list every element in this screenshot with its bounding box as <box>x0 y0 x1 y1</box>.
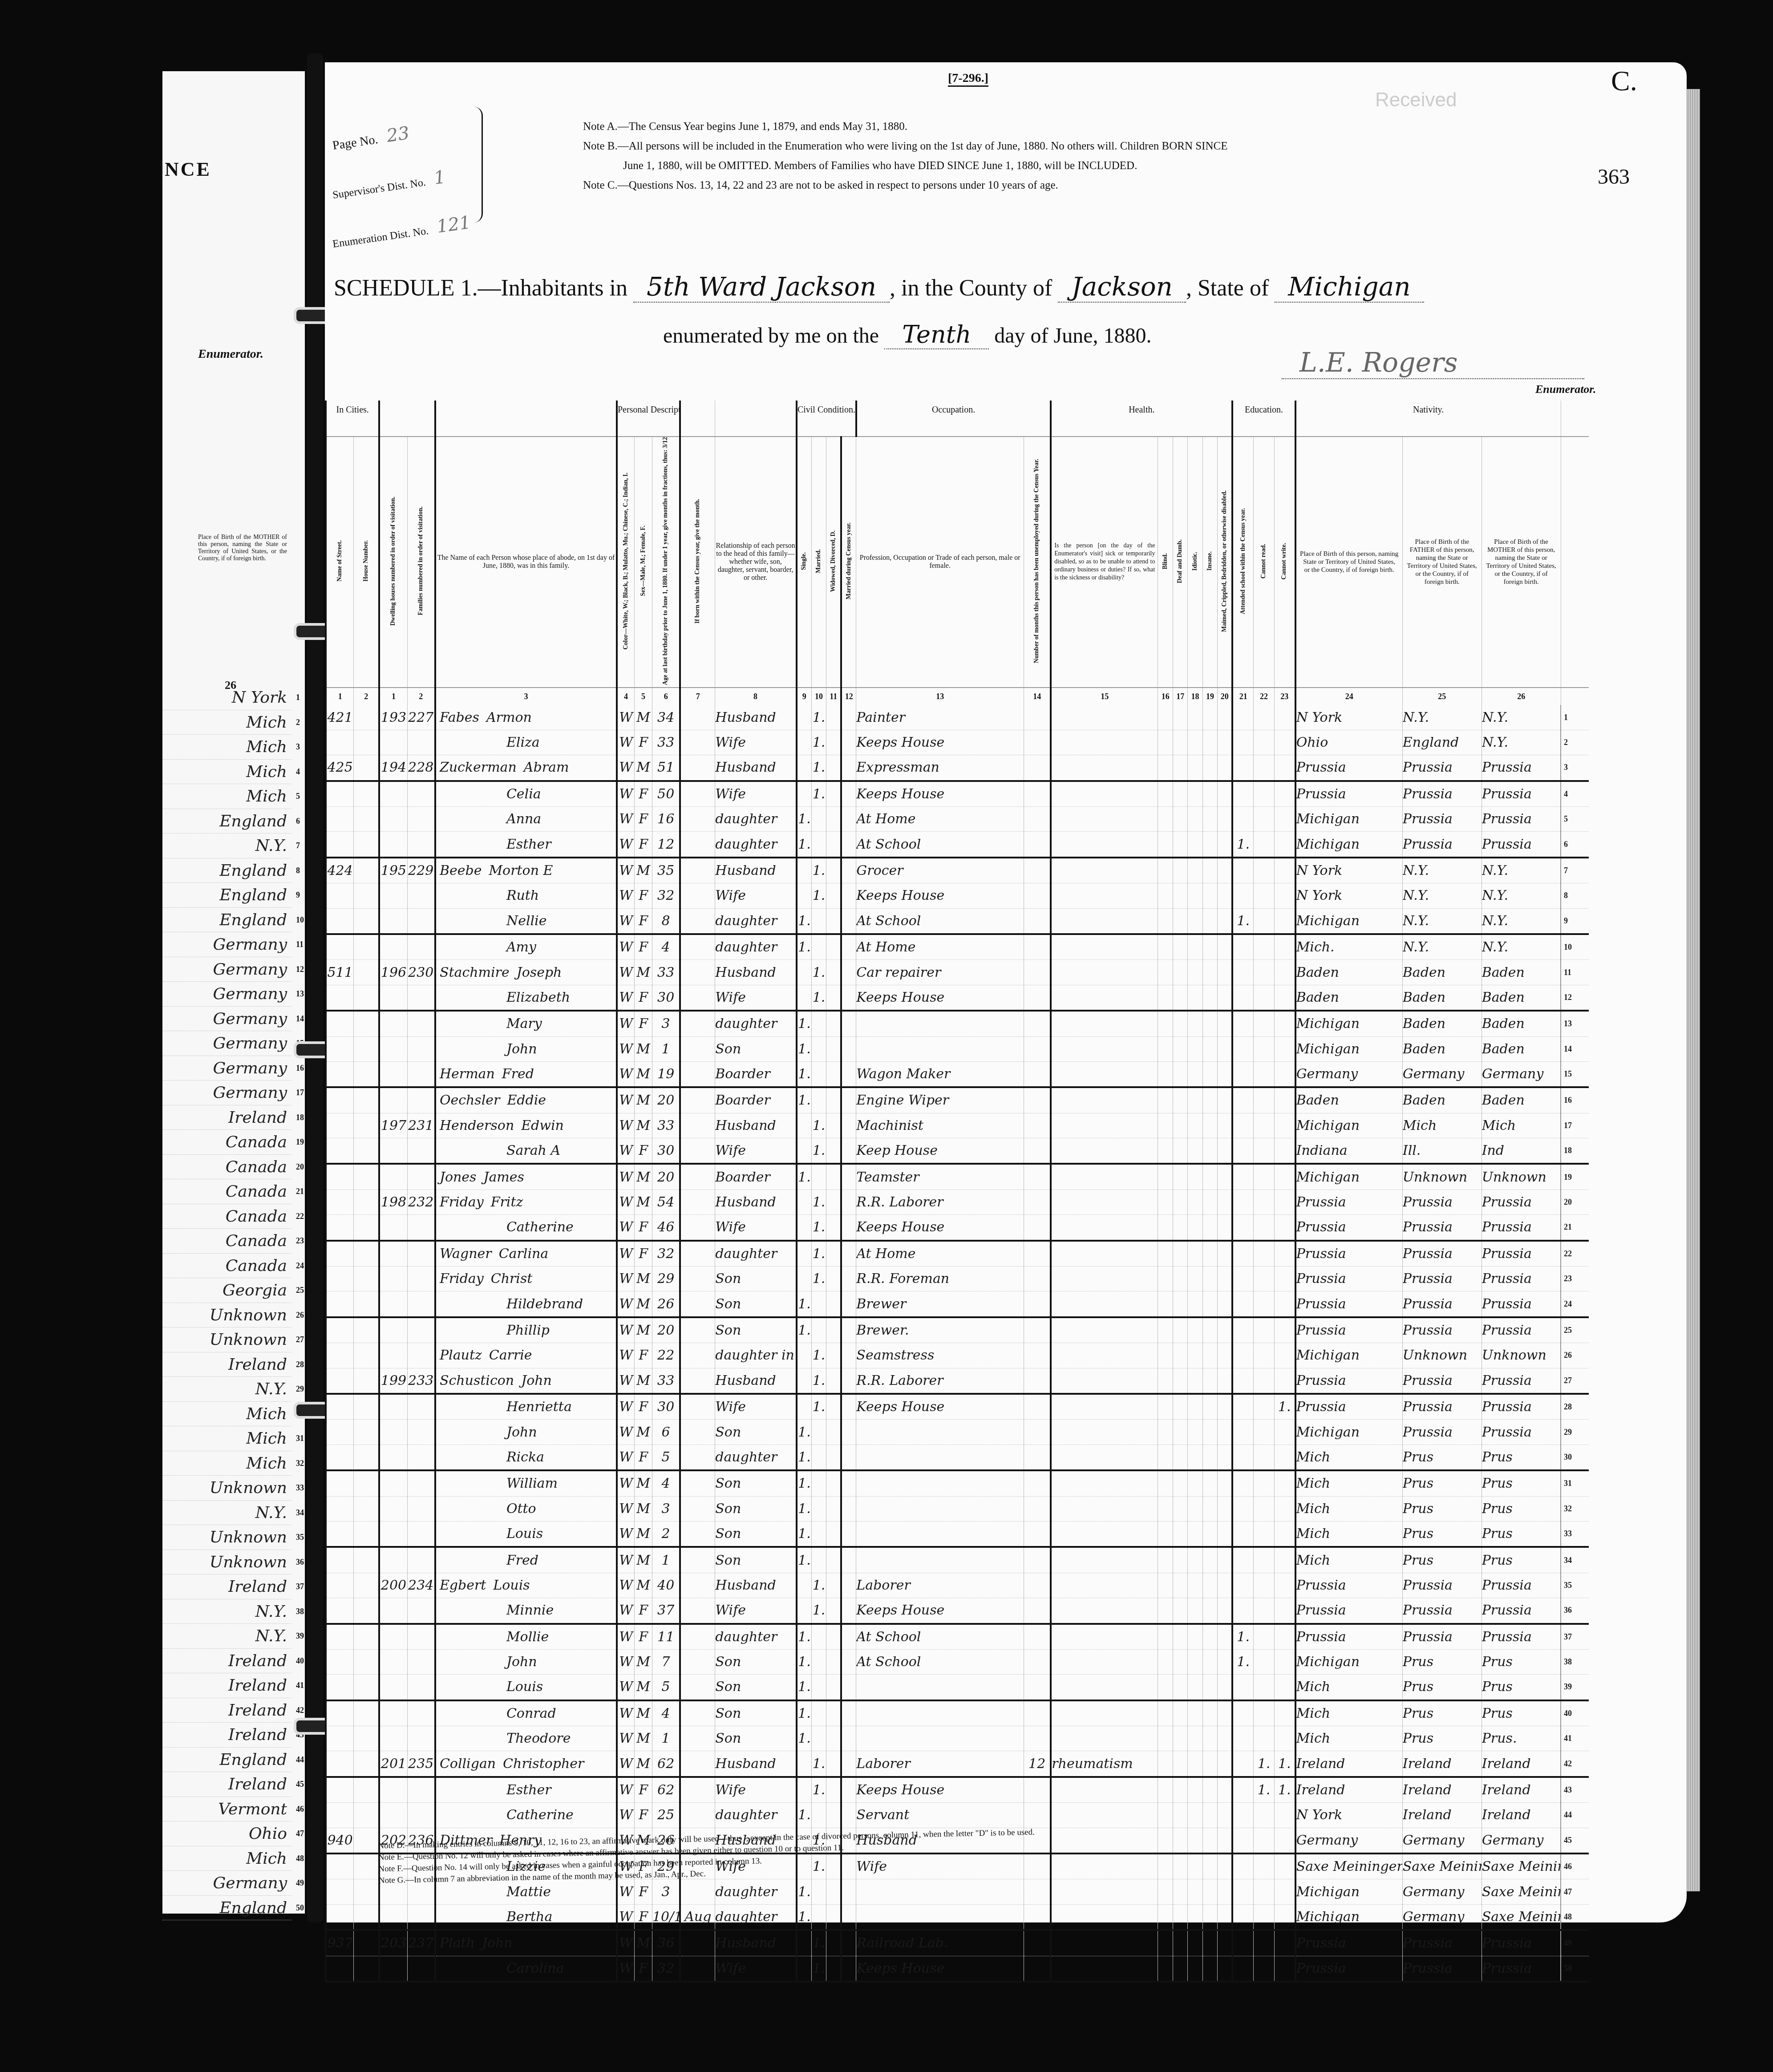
column-number-row: 1212345678910111213141516171819202122232… <box>326 688 1589 705</box>
blind-cell <box>1158 1241 1173 1267</box>
name-cell: Theodore <box>435 1726 617 1751</box>
idiotic-cell <box>1188 1190 1202 1214</box>
relationship-cell: Husband <box>715 960 797 985</box>
street-number-cell <box>354 1598 380 1624</box>
street-number-cell <box>354 858 380 883</box>
married-cell: 1. <box>811 1394 826 1420</box>
occupation-cell: At Home <box>856 934 1024 960</box>
cannot-write-cell <box>1275 1267 1295 1291</box>
maimed-cell <box>1218 1751 1233 1777</box>
header-idiotic: Idiotic. <box>1188 437 1202 688</box>
enum-prefix: enumerated by me on the <box>663 324 879 348</box>
single-cell <box>797 985 811 1011</box>
married-year-cell <box>841 1113 856 1138</box>
relationship-cell: Husband <box>715 1751 797 1777</box>
facing-page-col26-cell: Georgia <box>162 1278 291 1303</box>
sex-cell: M <box>635 1420 652 1445</box>
house-number-cell <box>326 1853 354 1879</box>
family-number-cell <box>407 1675 435 1700</box>
married-year-cell <box>841 1879 856 1904</box>
cannot-write-cell <box>1275 1291 1295 1317</box>
attended-school-cell <box>1232 1215 1253 1241</box>
facing-page-col26-cell: Ireland <box>162 1723 291 1748</box>
facing-page-col26-cell: Germany <box>162 932 291 957</box>
facing-page-line-number: 25 <box>296 1278 304 1303</box>
birthplace-person-cell: Mich <box>1295 1675 1403 1700</box>
relationship-cell: Son <box>715 1291 797 1317</box>
single-cell <box>797 1343 811 1368</box>
insane-cell <box>1202 1011 1217 1036</box>
sex-cell: F <box>635 1956 652 1982</box>
occupation-cell: Laborer <box>856 1573 1024 1598</box>
header-birth-person: Place of Birth of this person, naming St… <box>1295 437 1403 688</box>
birthplace-father-cell: Prussia <box>1402 1420 1482 1445</box>
birthplace-mother-cell: N.Y. <box>1482 705 1561 730</box>
facing-page-line-number: 26 <box>296 1303 304 1328</box>
blind-cell <box>1158 1343 1173 1368</box>
sickness-cell <box>1051 1853 1158 1879</box>
given-name: John <box>482 1931 513 1955</box>
facing-page-line-number: 38 <box>296 1599 304 1624</box>
facing-page-line-number: 1 <box>296 685 304 710</box>
sickness-cell <box>1051 1649 1158 1674</box>
relationship-cell: Husband <box>715 1368 797 1394</box>
facing-page-line-number: 3 <box>296 735 304 760</box>
note-b-continued: June 1, 1880, will be OMITTED. Members o… <box>583 159 1227 173</box>
single-cell <box>797 883 811 908</box>
attended-school-cell <box>1232 1496 1253 1521</box>
cannot-write-cell: 1. <box>1275 1751 1295 1777</box>
birthplace-person-cell: Mich <box>1295 1445 1403 1470</box>
name-cell: ColliganChristopher <box>435 1751 617 1777</box>
name-cell: Eliza <box>435 730 617 755</box>
married-cell <box>811 1649 826 1674</box>
sickness-cell <box>1051 730 1158 755</box>
deaf-cell <box>1173 1828 1187 1853</box>
table-row: RuthWF32Wife1.Keeps HouseN YorkN.Y.N.Y.8 <box>326 883 1589 908</box>
relationship-cell: Husband <box>715 858 797 883</box>
given-name: Christopher <box>503 1752 584 1776</box>
idiotic-cell <box>1188 1470 1202 1496</box>
facing-page-enumerator-label: Enumerator. <box>198 347 263 361</box>
unemployed-months-cell <box>1024 908 1051 934</box>
sickness-cell <box>1051 832 1158 858</box>
facing-page-col26-cell: Canada <box>162 1155 291 1180</box>
family-number-cell <box>407 1215 435 1241</box>
table-row: OechslerEddieWM20Boarder1.Engine WiperBa… <box>326 1087 1589 1113</box>
header-sex: Sex—Male, M.; Female, F. <box>635 437 652 688</box>
sex-cell: M <box>635 1726 652 1751</box>
line-number-cell: 24 <box>1561 1291 1589 1317</box>
cannot-write-cell <box>1275 1573 1295 1598</box>
deaf-cell <box>1173 1700 1187 1726</box>
house-number-cell: 940 <box>326 1828 354 1853</box>
name-cell: Catherine <box>435 1803 617 1828</box>
relationship-cell: daughter <box>715 807 797 832</box>
relationship-cell: Son <box>715 1420 797 1445</box>
street-number-cell <box>354 1930 380 1956</box>
header-family: Families numbered in order of visitation… <box>407 437 435 688</box>
deaf-cell <box>1173 1649 1187 1674</box>
maimed-cell <box>1218 1624 1233 1650</box>
family-number-cell <box>407 807 435 832</box>
given-name: Carrie <box>489 1343 532 1368</box>
married-year-cell <box>841 1547 856 1573</box>
table-row: 425194228ZuckermanAbramWM51Husband1.Expr… <box>326 755 1589 781</box>
cannot-read-cell <box>1253 1138 1274 1164</box>
deaf-cell <box>1173 1061 1187 1087</box>
header-street: Name of Street. <box>326 437 354 688</box>
attended-school-cell <box>1232 1700 1253 1726</box>
single-cell: 1. <box>797 807 811 832</box>
occupation-cell: Brewer <box>856 1291 1024 1317</box>
house-number-cell <box>326 1904 354 1930</box>
birthplace-father-cell: Prussia <box>1402 1241 1482 1267</box>
sex-cell: M <box>635 1087 652 1113</box>
line-number-cell: 32 <box>1561 1496 1589 1521</box>
married-cell: 1. <box>811 730 826 755</box>
color-cell: W <box>617 1420 635 1445</box>
deaf-cell <box>1173 1726 1187 1751</box>
dwelling-number-cell <box>379 1445 407 1470</box>
married-cell <box>811 1803 826 1828</box>
table-row: JohnWM7Son1.At School1.MichiganPrusPrus3… <box>326 1649 1589 1674</box>
house-number-cell <box>326 1317 354 1343</box>
family-number-cell <box>407 1547 435 1573</box>
house-number-cell <box>326 781 354 807</box>
name-cell: ZuckermanAbram <box>435 755 617 781</box>
facing-page-line-number: 29 <box>296 1377 304 1402</box>
color-cell: W <box>617 1573 635 1598</box>
sickness-cell <box>1051 1420 1158 1445</box>
maimed-cell <box>1218 1267 1233 1291</box>
single-cell: 1. <box>797 1087 811 1113</box>
married-cell: 1. <box>811 755 826 781</box>
unemployed-months-cell <box>1024 1445 1051 1470</box>
married-year-cell <box>841 1930 856 1956</box>
sex-cell: F <box>635 1904 652 1930</box>
married-cell <box>811 1291 826 1317</box>
born-month-cell <box>680 1138 715 1164</box>
line-number-cell: 27 <box>1561 1368 1589 1394</box>
widowed-cell <box>826 1624 841 1650</box>
blind-cell <box>1158 1317 1173 1343</box>
facing-page-line-number: 39 <box>296 1624 304 1649</box>
sickness-cell <box>1051 934 1158 960</box>
family-number-cell <box>407 1726 435 1751</box>
birthplace-mother-cell: N.Y. <box>1482 908 1561 934</box>
facing-page-col26-cell: Germany <box>162 1007 291 1032</box>
birthplace-father-cell: England <box>1402 730 1482 755</box>
line-number-cell: 1 <box>1561 705 1589 730</box>
cannot-write-cell <box>1275 858 1295 883</box>
insane-cell <box>1202 1291 1217 1317</box>
maimed-cell <box>1218 1904 1233 1930</box>
given-name: Anna <box>506 807 541 831</box>
age-cell: 33 <box>652 730 680 755</box>
birthplace-father-cell: Prussia <box>1402 1930 1482 1956</box>
line-number-cell: 49 <box>1561 1930 1589 1956</box>
header-insane: Insane. <box>1202 437 1217 688</box>
married-year-cell <box>841 1521 856 1547</box>
maimed-cell <box>1218 1879 1233 1904</box>
sickness-cell <box>1051 1521 1158 1547</box>
insane-cell <box>1202 908 1217 934</box>
birthplace-person-cell: Michigan <box>1295 908 1403 934</box>
house-number-cell <box>326 1164 354 1190</box>
house-number-cell <box>326 1470 354 1496</box>
column-number: 21 <box>1232 688 1253 705</box>
age-cell: 50 <box>652 781 680 807</box>
facing-page-line-number: 7 <box>296 834 304 858</box>
line-number-cell: 28 <box>1561 1394 1589 1420</box>
born-month-cell <box>680 908 715 934</box>
blind-cell <box>1158 1547 1173 1573</box>
married-cell <box>811 934 826 960</box>
married-year-cell <box>841 1675 856 1700</box>
sex-cell: F <box>635 1777 652 1803</box>
birthplace-person-cell: Prussia <box>1295 1291 1403 1317</box>
sex-cell: F <box>635 934 652 960</box>
married-year-cell <box>841 1241 856 1267</box>
maimed-cell <box>1218 1828 1233 1853</box>
idiotic-cell <box>1188 730 1202 755</box>
surname: Friday <box>440 1271 484 1287</box>
cannot-write-cell <box>1275 1164 1295 1190</box>
sex-cell: F <box>635 781 652 807</box>
age-cell: 22 <box>652 1343 680 1368</box>
single-cell <box>797 1394 811 1420</box>
widowed-cell <box>826 1164 841 1190</box>
facing-page-line-number: 4 <box>296 760 304 785</box>
deaf-cell <box>1173 985 1187 1011</box>
color-cell: W <box>617 985 635 1011</box>
color-cell: W <box>617 1317 635 1343</box>
married-cell: 1. <box>811 1777 826 1803</box>
deaf-cell <box>1173 1036 1187 1061</box>
house-number-cell <box>326 1420 354 1445</box>
family-number-cell <box>407 1061 435 1087</box>
given-name: Elizabeth <box>506 985 570 1010</box>
street-number-cell <box>354 1087 380 1113</box>
single-cell <box>797 1113 811 1138</box>
maimed-cell <box>1218 1343 1233 1368</box>
surname: Zuckerman <box>440 760 517 775</box>
table-row: JohnWM1Son1.MichiganBadenBaden14 <box>326 1036 1589 1061</box>
age-cell: 62 <box>652 1777 680 1803</box>
married-cell <box>811 832 826 858</box>
born-month-cell <box>680 832 715 858</box>
relationship-cell: Husband <box>715 1113 797 1138</box>
relationship-cell: Wife <box>715 730 797 755</box>
maimed-cell <box>1218 1700 1233 1726</box>
dwelling-number-cell <box>379 908 407 934</box>
cannot-write-cell: 1. <box>1275 1394 1295 1420</box>
married-year-cell <box>841 1317 856 1343</box>
dwelling-number-cell <box>379 1803 407 1828</box>
header-notes: Note A.—The Census Year begins June 1, 1… <box>583 120 1227 198</box>
dwelling-number-cell <box>379 1291 407 1317</box>
birthplace-person-cell: Ireland <box>1295 1777 1403 1803</box>
cannot-write-cell <box>1275 755 1295 781</box>
occupation-cell: Machinist <box>856 1113 1024 1138</box>
widowed-cell <box>826 1573 841 1598</box>
name-cell: Louis <box>435 1675 617 1700</box>
table-row: TheodoreWM1Son1.MichPrusPrus.41 <box>326 1726 1589 1751</box>
street-number-cell <box>354 1291 380 1317</box>
table-row: 197231HendersonEdwinWM33Husband1.Machini… <box>326 1113 1589 1138</box>
dwelling-number-cell <box>379 1547 407 1573</box>
widowed-cell <box>826 1420 841 1445</box>
birthplace-father-cell: Ireland <box>1402 1777 1482 1803</box>
idiotic-cell <box>1188 832 1202 858</box>
married-cell: 1. <box>811 705 826 730</box>
facing-page-line-number: 12 <box>296 957 304 982</box>
single-cell: 1. <box>797 1496 811 1521</box>
age-cell: 4 <box>652 934 680 960</box>
blind-cell <box>1158 1267 1173 1291</box>
surname: Schusticon <box>440 1373 514 1388</box>
widowed-cell <box>826 1317 841 1343</box>
table-column-header-row: Name of Street. House Number. Dwelling h… <box>326 437 1589 688</box>
sickness-cell <box>1051 1164 1158 1190</box>
column-number: 2 <box>407 688 435 705</box>
widowed-cell <box>826 858 841 883</box>
deaf-cell <box>1173 934 1187 960</box>
house-number-cell: 511 <box>326 960 354 985</box>
cannot-write-cell <box>1275 705 1295 730</box>
married-year-cell <box>841 1777 856 1803</box>
schedule-title: SCHEDULE 1.—Inhabitants in 5th Ward Jack… <box>334 271 1424 302</box>
birthplace-father-cell: Prus <box>1402 1496 1482 1521</box>
given-name: Christ <box>491 1267 533 1291</box>
cannot-write-cell <box>1275 807 1295 832</box>
attended-school-cell <box>1232 1291 1253 1317</box>
cannot-write-cell <box>1275 1853 1295 1879</box>
relationship-cell: daughter <box>715 1879 797 1904</box>
table-row: JohnWM6Son1.MichiganPrussiaPrussia29 <box>326 1420 1589 1445</box>
married-year-cell <box>841 1420 856 1445</box>
maimed-cell <box>1218 1215 1233 1241</box>
born-month-cell <box>680 1394 715 1420</box>
line-number-cell: 26 <box>1561 1343 1589 1368</box>
family-number-cell <box>407 1036 435 1061</box>
maimed-cell <box>1218 934 1233 960</box>
unemployed-months-cell <box>1024 1624 1051 1650</box>
birthplace-person-cell: Baden <box>1295 960 1403 985</box>
married-cell <box>811 1036 826 1061</box>
blind-cell <box>1158 908 1173 934</box>
born-month-cell <box>680 1496 715 1521</box>
unemployed-months-cell <box>1024 858 1051 883</box>
occupation-cell: Brewer. <box>856 1317 1024 1343</box>
widowed-cell <box>826 883 841 908</box>
unemployed-months-cell <box>1024 1291 1051 1317</box>
occupation-cell <box>856 1904 1024 1930</box>
enumerator-label: Enumerator. <box>1535 383 1596 396</box>
maimed-cell <box>1218 1573 1233 1598</box>
cannot-write-cell <box>1275 1036 1295 1061</box>
sickness-cell <box>1051 1445 1158 1470</box>
header-relationship: Relationship of each person to the head … <box>715 437 797 688</box>
married-cell: 1. <box>811 1215 826 1241</box>
birthplace-person-cell: Mich <box>1295 1470 1403 1496</box>
unemployed-months-cell <box>1024 1777 1051 1803</box>
birthplace-mother-cell: Ireland <box>1482 1803 1561 1828</box>
facing-page-line-number: 41 <box>296 1673 304 1698</box>
occupation-cell: Keeps House <box>856 1777 1024 1803</box>
facing-page-col26-cell: Mich <box>162 760 291 785</box>
age-cell: 1 <box>652 1036 680 1061</box>
name-cell: HermanFred <box>435 1061 617 1087</box>
deaf-cell <box>1173 1547 1187 1573</box>
house-number-cell <box>326 1547 354 1573</box>
married-year-cell <box>841 1700 856 1726</box>
dwelling-number-cell <box>379 1624 407 1650</box>
maimed-cell <box>1218 1291 1233 1317</box>
enum-suffix: day of June, 1880. <box>994 324 1151 348</box>
sickness-cell <box>1051 755 1158 781</box>
given-name: Louis <box>493 1573 530 1598</box>
deaf-cell <box>1173 1164 1187 1190</box>
blind-cell <box>1158 1675 1173 1700</box>
idiotic-cell <box>1188 1394 1202 1420</box>
family-number-cell <box>407 1649 435 1674</box>
cannot-read-cell <box>1253 832 1274 858</box>
facing-page-line-number: 23 <box>296 1229 304 1254</box>
facing-page-col26-cell: England <box>162 1896 291 1921</box>
name-cell: OechslerEddie <box>435 1087 617 1113</box>
dwelling-number-cell <box>379 1904 407 1930</box>
given-name: Carolina <box>506 1956 564 1981</box>
birthplace-father-cell: Prussia <box>1402 1190 1482 1214</box>
line-number-cell: 39 <box>1561 1675 1589 1700</box>
name-cell: William <box>435 1470 617 1496</box>
maimed-cell <box>1218 1777 1233 1803</box>
dwelling-number-cell <box>379 1061 407 1087</box>
attended-school-cell <box>1232 1343 1253 1368</box>
born-month-cell <box>680 1291 715 1317</box>
married-year-cell <box>841 960 856 985</box>
birthplace-father-cell: Prussia <box>1402 781 1482 807</box>
facing-page-line-number: 36 <box>296 1550 304 1575</box>
column-number: 16 <box>1158 688 1173 705</box>
house-number-cell: 937 <box>326 1930 354 1956</box>
unemployed-months-cell <box>1024 1368 1051 1394</box>
house-number-cell <box>326 1138 354 1164</box>
facing-page-col26-cell: Ireland <box>162 1673 291 1698</box>
cannot-read-cell <box>1253 1445 1274 1470</box>
sickness-cell <box>1051 1317 1158 1343</box>
facing-page-col26-cell: N.Y. <box>162 1377 291 1402</box>
blind-cell <box>1158 960 1173 985</box>
birthplace-father-cell: Baden <box>1402 985 1482 1011</box>
unemployed-months-cell <box>1024 781 1051 807</box>
sex-cell: M <box>635 1113 652 1138</box>
family-number-cell <box>407 1904 435 1930</box>
sex-cell: M <box>635 1061 652 1087</box>
attended-school-cell <box>1232 1113 1253 1138</box>
given-name: Sarah A <box>506 1138 560 1163</box>
age-cell: 8 <box>652 908 680 934</box>
group-in-cities: In Cities. <box>326 401 379 437</box>
birthplace-person-cell: N York <box>1295 858 1403 883</box>
street-number-cell <box>354 1470 380 1496</box>
insane-cell <box>1202 1573 1217 1598</box>
facing-page-line-number: 50 <box>296 1896 304 1921</box>
street-number-cell <box>354 781 380 807</box>
idiotic-cell <box>1188 1241 1202 1267</box>
